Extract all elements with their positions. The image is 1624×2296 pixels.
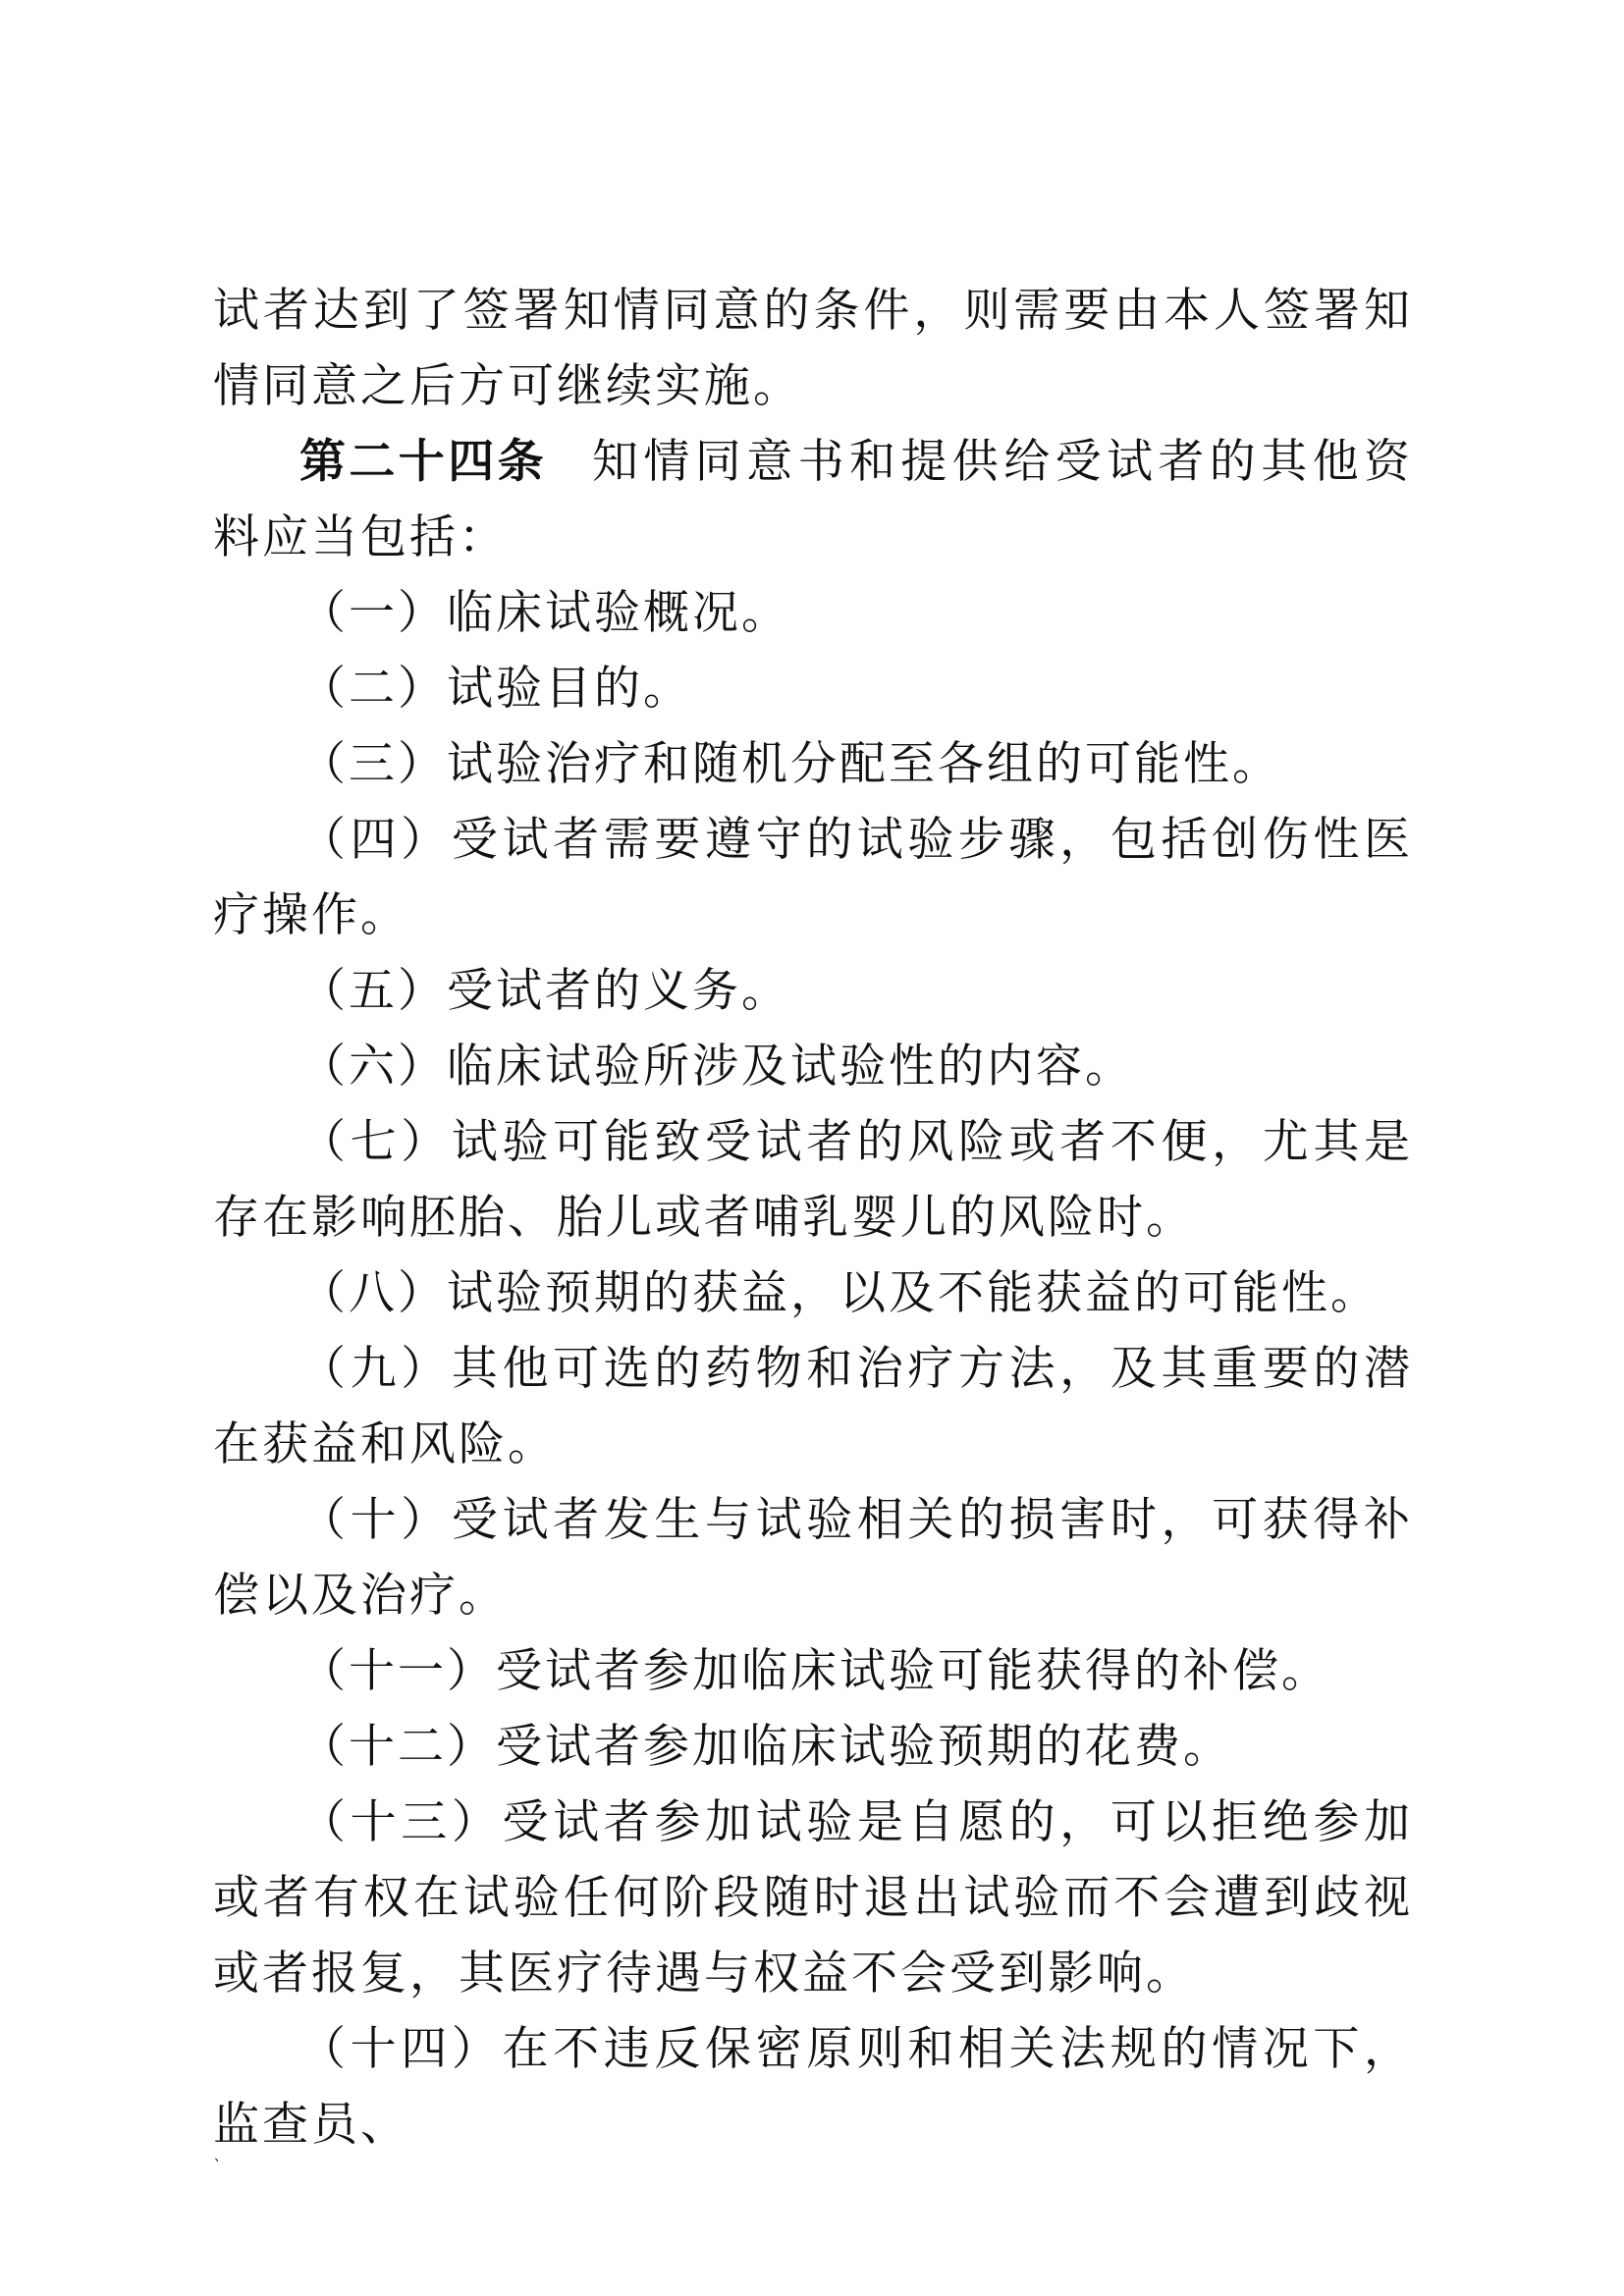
item-label: （七）: [299, 1115, 452, 1169]
list-item: （十）受试者发生与试验相关的损害时，可获得补偿以及治疗。: [213, 1482, 1413, 1633]
list-item: （三）试验治疗和随机分配至各组的可能性。: [213, 726, 1413, 802]
list-item: （二）试验目的。: [213, 651, 1413, 726]
item-label: （十一）: [299, 1644, 496, 1698]
item-label: （一）: [299, 586, 447, 640]
list-item: （四）受试者需要遵守的试验步骤，包括创伤性医疗操作。: [213, 802, 1413, 953]
item-text: 受试者参加临床试验可能获得的补偿。: [496, 1644, 1330, 1698]
list-item: （五）受试者的义务。: [213, 953, 1413, 1029]
document-page: 试者达到了签署知情同意的条件，则需要由本人签署知情同意之后方可继续实施。 第二十…: [213, 273, 1413, 2163]
item-label: （十四）: [299, 2022, 502, 2076]
list-item: （九）其他可选的药物和治疗方法，及其重要的潜在获益和风险。: [213, 1331, 1413, 1482]
item-label: （八）: [299, 1266, 447, 1320]
article-number: 第二十四条: [299, 435, 547, 489]
item-label: （十）: [299, 1493, 452, 1547]
item-text: 受试者参加临床试验预期的花费。: [496, 1720, 1232, 1774]
list-item: （一）临床试验概况。: [213, 575, 1413, 651]
item-label: （十三）: [299, 1795, 502, 1849]
item-text: 试验预期的获益，以及不能获益的可能性。: [447, 1266, 1380, 1320]
item-text: 试验目的。: [447, 662, 692, 716]
item-text: 受试者的义务。: [447, 964, 790, 1018]
item-label: （四）: [299, 813, 452, 867]
list-item: （十一）受试者参加临床试验可能获得的补偿。: [213, 1633, 1413, 1709]
article-paragraph: 第二十四条知情同意书和提供给受试者的其他资料应当包括：: [213, 424, 1413, 575]
item-text: 临床试验概况。: [447, 586, 790, 640]
scan-mark: 、: [214, 2150, 228, 2163]
item-label: （三）: [299, 737, 447, 791]
item-label: （九）: [299, 1342, 452, 1396]
list-item: （八）试验预期的获益，以及不能获益的可能性。: [213, 1255, 1413, 1331]
list-item: （七）试验可能致受试者的风险或者不便，尤其是存在影响胚胎、胎儿或者哺乳婴儿的风险…: [213, 1104, 1413, 1255]
list-item: （六）临床试验所涉及试验性的内容。: [213, 1029, 1413, 1104]
list-item: （十二）受试者参加临床试验预期的花费。: [213, 1709, 1413, 1785]
item-label: （二）: [299, 662, 447, 716]
item-text: 临床试验所涉及试验性的内容。: [447, 1040, 1134, 1094]
list-item: （十四）在不违反保密原则和相关法规的情况下，监查员、: [213, 2011, 1413, 2163]
list-item: （十三）受试者参加试验是自愿的，可以拒绝参加或者有权在试验任何阶段随时退出试验而…: [213, 1785, 1413, 2011]
item-label: （六）: [299, 1040, 447, 1094]
item-label: （五）: [299, 964, 447, 1018]
continuation-paragraph: 试者达到了签署知情同意的条件，则需要由本人签署知情同意之后方可继续实施。: [213, 273, 1413, 424]
item-text: 试验治疗和随机分配至各组的可能性。: [447, 737, 1281, 791]
item-label: （十二）: [299, 1720, 496, 1774]
